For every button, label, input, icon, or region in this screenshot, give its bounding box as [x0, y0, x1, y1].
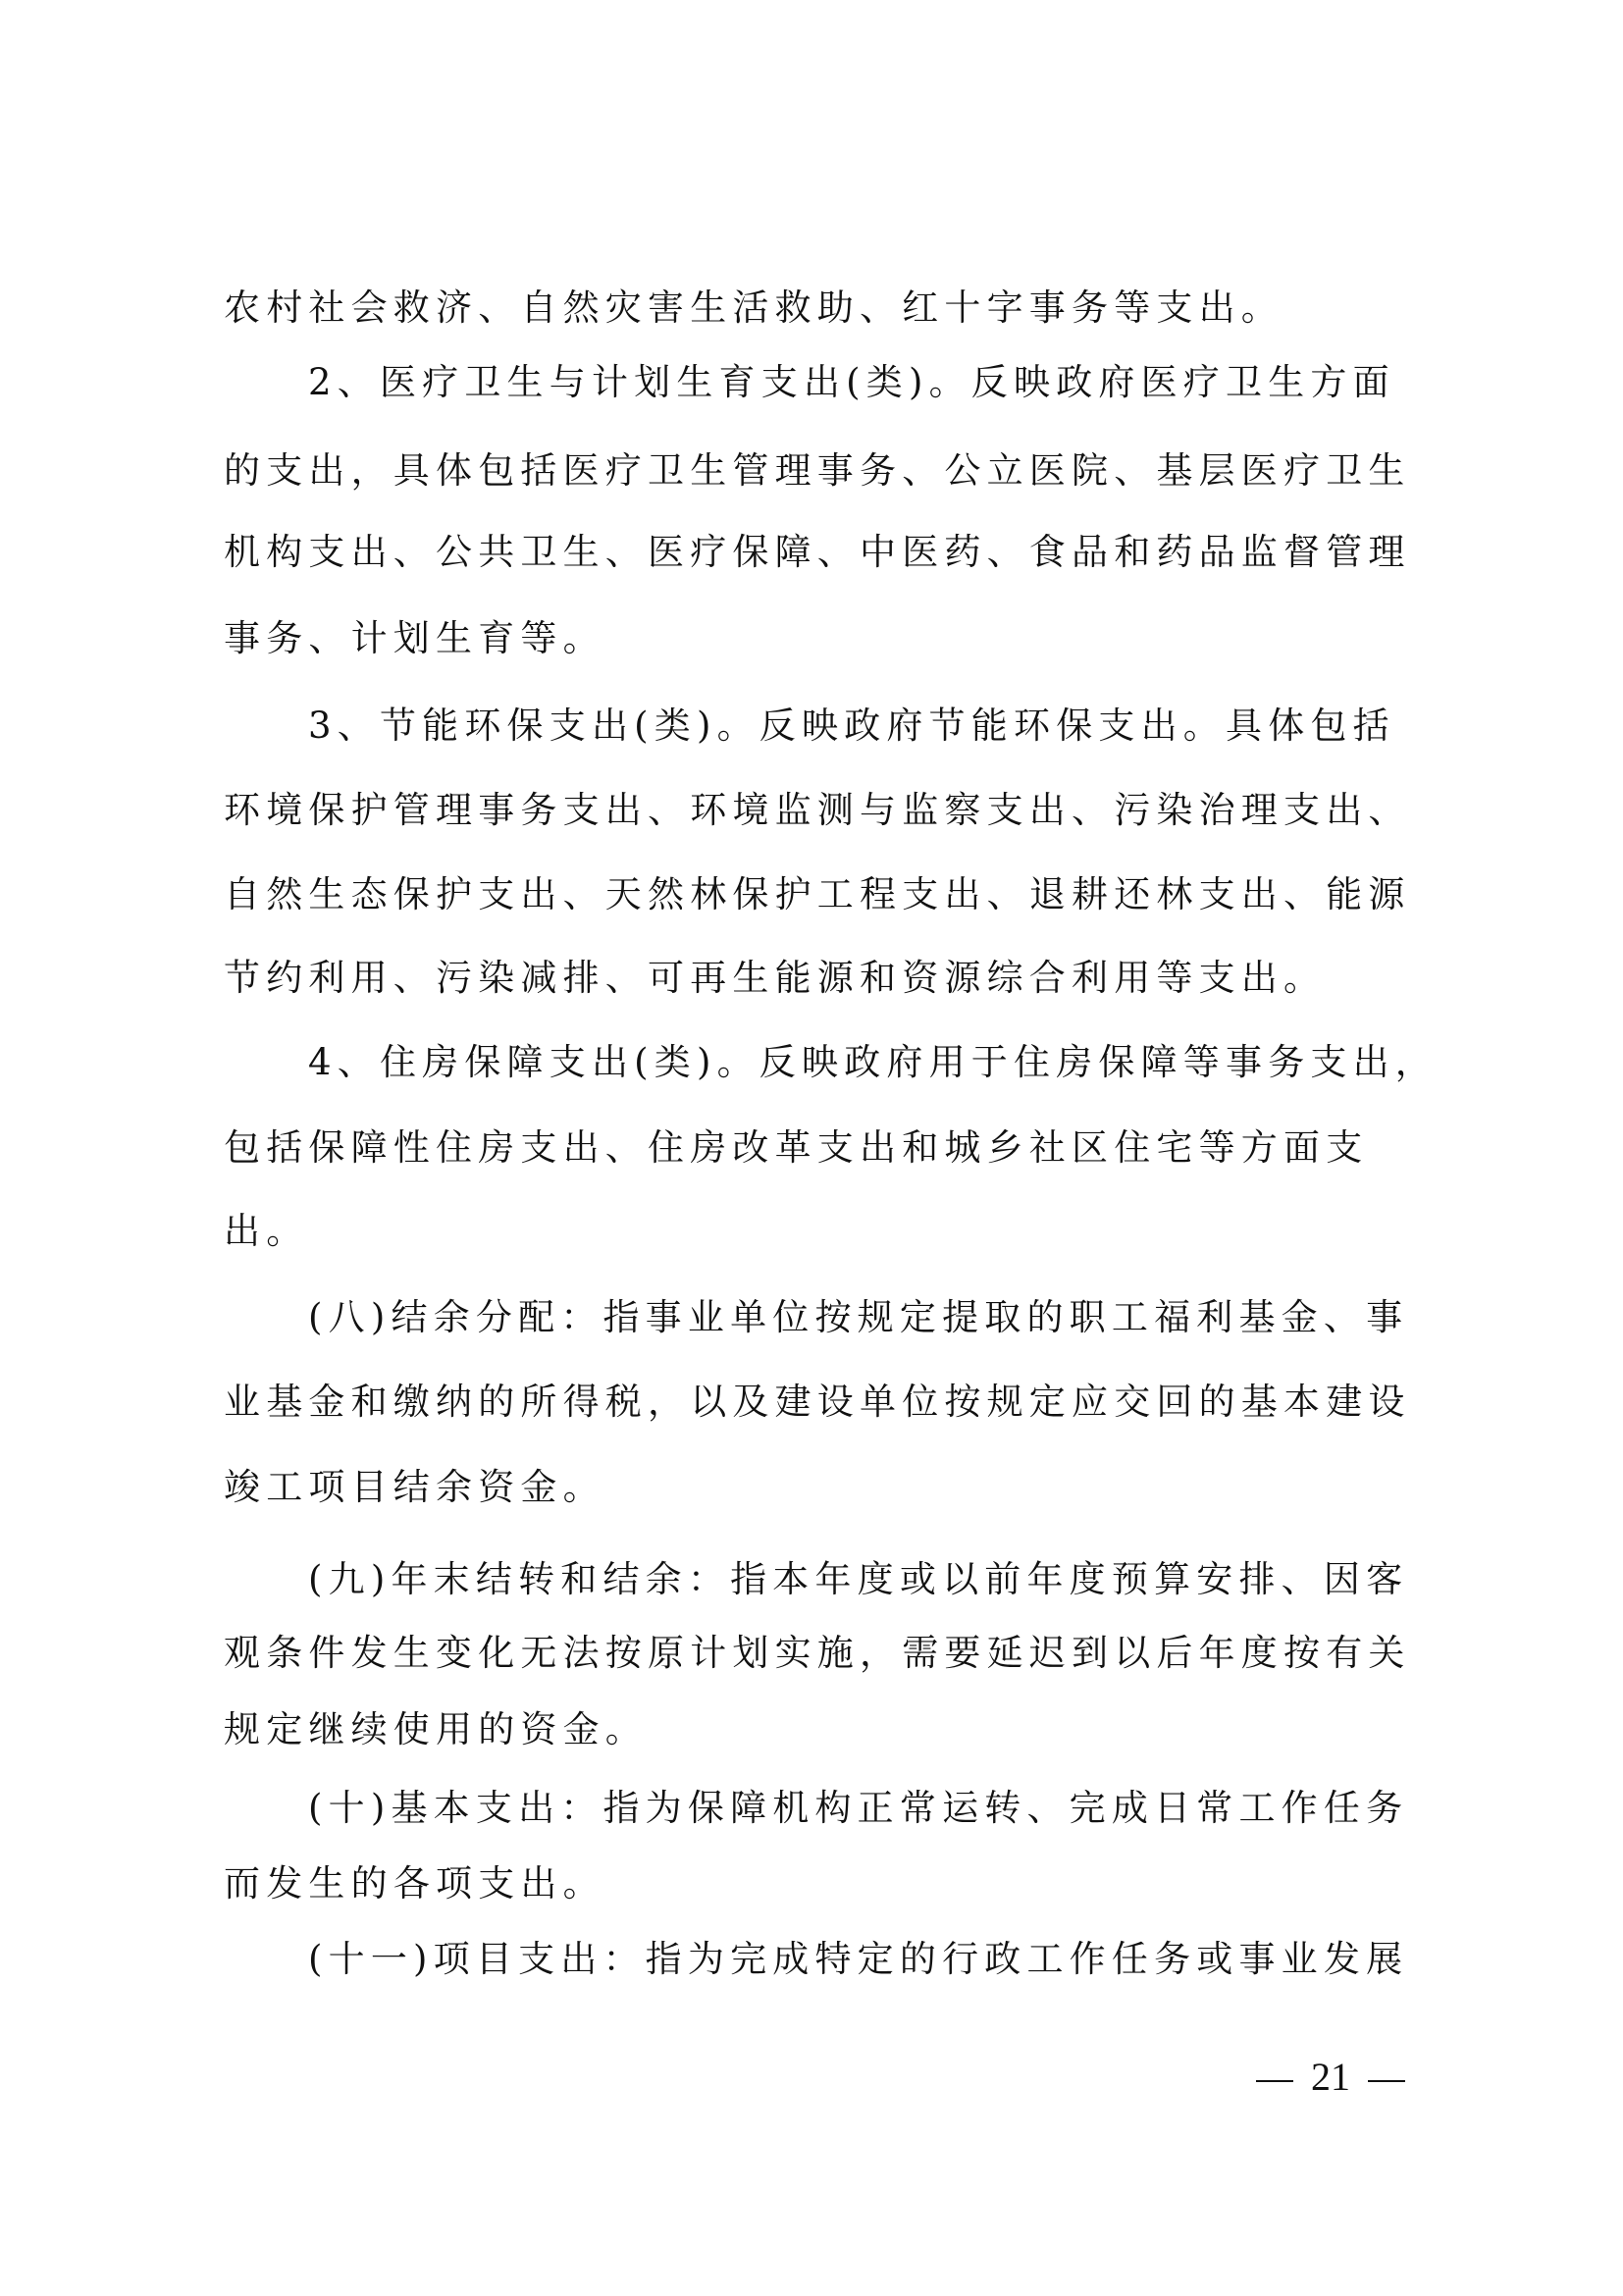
text-line: (十一)项目支出：指为完成特定的行政工作任务或事业发展: [308, 1937, 1408, 1982]
text-line: 出。: [224, 1209, 308, 1254]
text-line: (八)结余分配：指事业单位按规定提取的职工福利基金、事: [308, 1295, 1408, 1340]
text-line: 的支出，具体包括医疗卫生管理事务、公立医院、基层医疗卫生: [224, 448, 1411, 494]
em-dash-left: [1256, 2080, 1293, 2082]
text-line: 2、医疗卫生与计划生育支出(类)。反映政府医疗卫生方面: [308, 360, 1395, 405]
text-line: 规定继续使用的资金。: [224, 1707, 648, 1752]
text-line: (十)基本支出：指为保障机构正常运转、完成日常工作任务: [308, 1786, 1408, 1831]
em-dash-right: [1368, 2080, 1405, 2082]
text-line: 观条件发生变化无法按原计划实施，需要延迟到以后年度按有关: [224, 1631, 1411, 1676]
page-number-value: 21: [1311, 2055, 1350, 2099]
text-line: 3、节能环保支出(类)。反映政府节能环保支出。具体包括: [308, 704, 1395, 749]
document-page: 农村社会救济、自然灾害生活救助、红十字事务等支出。 2、医疗卫生与计划生育支出(…: [0, 0, 1623, 2296]
text-line: 机构支出、公共卫生、医疗保障、中医药、食品和药品监督管理: [224, 530, 1411, 575]
text-line: 环境保护管理事务支出、环境监测与监察支出、污染治理支出、: [224, 788, 1411, 833]
text-line: 竣工项目结余资金。: [224, 1465, 605, 1510]
page-number: 21: [1238, 2056, 1423, 2099]
text-line: 包括保障性住房支出、住房改革支出和城乡社区住宅等方面支: [224, 1125, 1368, 1171]
text-line: 节约利用、污染减排、可再生能源和资源综合利用等支出。: [224, 956, 1326, 1001]
text-line: 自然生态保护支出、天然林保护工程支出、退耕还林支出、能源: [224, 872, 1411, 917]
text-line: 而发生的各项支出。: [224, 1861, 605, 1906]
text-line: 事务、计划生育等。: [224, 616, 605, 661]
text-line: 4、住房保障支出(类)。反映政府用于住房保障等事务支出，: [308, 1040, 1438, 1085]
text-line: 业基金和缴纳的所得税，以及建设单位按规定应交回的基本建设: [224, 1380, 1411, 1425]
text-line: 农村社会救济、自然灾害生活救助、红十字事务等支出。: [224, 286, 1283, 331]
text-line: (九)年末结转和结余：指本年度或以前年度预算安排、因客: [308, 1557, 1408, 1602]
